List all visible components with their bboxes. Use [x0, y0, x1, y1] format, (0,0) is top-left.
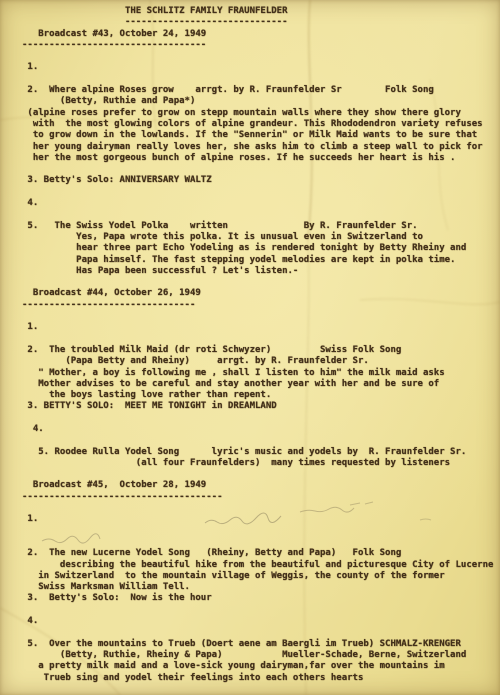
typewritten-text: THE SCHLITZ FAMILY FRAUNFELDER ---------…: [0, 0, 500, 695]
scanned-page: THE SCHLITZ FAMILY FRAUNFELDER ---------…: [0, 0, 500, 695]
